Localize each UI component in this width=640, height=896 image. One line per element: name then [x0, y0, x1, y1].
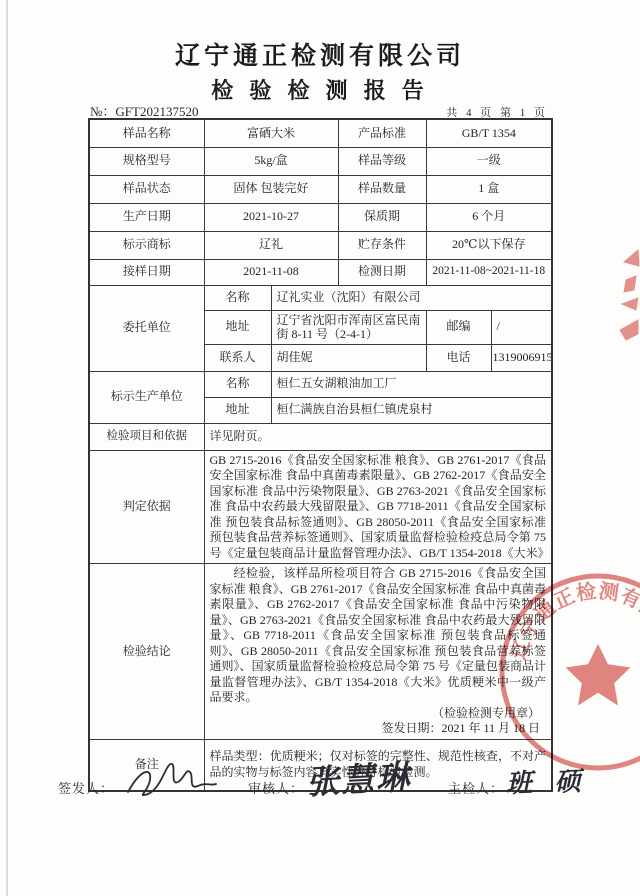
judgment-basis-text: GB 2715-2016《食品安全国家标准 粮食》、GB 2761-2017《食…: [204, 450, 552, 564]
reviewer-label: 审核人：: [248, 778, 304, 797]
field-label: 样品等级: [338, 147, 426, 175]
client-name: 辽礼实业（沈阳）有限公司: [271, 285, 552, 310]
field-value: 2021-10-27: [204, 203, 338, 231]
producer-label: 标示生产单位: [89, 371, 204, 423]
field-value: 一级: [426, 147, 552, 175]
conclusion-cell: 经检验，该样品所检项目符合 GB 2715-2016《食品安全国家标准 粮食》、…: [204, 564, 552, 740]
edge-stamp-fragment: [612, 246, 640, 358]
producer-name: 桓仁五女湖粮油加工厂: [271, 371, 552, 397]
reviewer-signature: 张慧琳: [305, 751, 412, 803]
client-address-label: 地址: [204, 310, 271, 344]
signature-row: 签发人： 审核人： 张慧琳 主检人： 班 硕: [0, 752, 640, 822]
field-value: 1 盒: [426, 175, 552, 203]
conclusion-label: 检验结论: [89, 564, 204, 740]
field-value: GB/T 1354: [426, 119, 552, 147]
table-row: 规格型号 5kg/盒 样品等级 一级: [89, 147, 552, 175]
judgment-basis-row: 判定依据 GB 2715-2016《食品安全国家标准 粮食》、GB 2761-2…: [89, 450, 552, 564]
field-value: 6 个月: [426, 203, 552, 231]
field-value: 2021-11-08~2021-11-18: [426, 259, 552, 285]
client-label: 委托单位: [89, 285, 204, 371]
conclusion-text: 经检验，该样品所检项目符合 GB 2715-2016《食品安全国家标准 粮食》、…: [210, 566, 547, 706]
postcode-value: /: [491, 310, 552, 344]
field-value: 固体 包装完好: [204, 175, 338, 203]
table-row: 生产日期 2021-10-27 保质期 6 个月: [89, 203, 552, 231]
field-label: 样品状态: [89, 175, 204, 203]
client-name-label: 名称: [204, 285, 271, 310]
contact-label: 联系人: [204, 344, 271, 371]
issue-date: 签发日期：2021 年 11 月 18 日: [210, 721, 547, 737]
seal-note: （检验检测专用章）: [210, 706, 547, 722]
inspector-label: 主检人：: [448, 778, 504, 797]
field-label: 生产日期: [89, 203, 204, 231]
field-label: 接样日期: [89, 259, 204, 285]
field-value: 20℃以下保存: [426, 231, 552, 259]
field-label: 保质期: [338, 203, 426, 231]
report-number-label: №：: [90, 104, 115, 119]
client-address: 辽宁省沈阳市浑南区富民南街 8-11 号（2-4-1）: [271, 310, 426, 344]
field-label: 样品名称: [89, 119, 204, 147]
report-number-value: GFT202137520: [115, 104, 198, 119]
producer-name-row: 标示生产单位 名称 桓仁五女湖粮油加工厂: [89, 371, 552, 397]
producer-address: 桓仁满族自治县桓仁镇虎泉村: [271, 397, 552, 423]
field-value: 5kg/盒: [204, 147, 338, 175]
client-name-row: 委托单位 名称 辽礼实业（沈阳）有限公司: [89, 285, 552, 310]
field-value: 富硒大米: [204, 119, 338, 147]
judgment-basis-label: 判定依据: [89, 450, 204, 564]
report-table: 样品名称 富硒大米 产品标准 GB/T 1354 规格型号 5kg/盒 样品等级…: [88, 118, 553, 792]
table-row: 样品名称 富硒大米 产品标准 GB/T 1354: [89, 119, 552, 147]
company-title: 辽宁通正检测有限公司: [0, 36, 640, 72]
field-label: 贮存条件: [338, 231, 426, 259]
field-label: 检测日期: [338, 259, 426, 285]
seal-star-icon: [566, 644, 631, 706]
table-row: 接样日期 2021-11-08 检测日期 2021-11-08~2021-11-…: [89, 259, 552, 285]
producer-name-label: 名称: [204, 371, 271, 397]
report-page: 辽宁通正检测有限公司 检 验 检 测 报 告 №：GFT202137520 共 …: [0, 0, 640, 896]
issuer-label: 签发人：: [58, 778, 114, 797]
field-value: 2021-11-08: [204, 259, 338, 285]
inspector-signature: 班 硕: [505, 761, 589, 801]
field-label: 样品数量: [338, 175, 426, 203]
contact-name: 胡佳妮: [271, 344, 426, 371]
items-value: 详见附页。: [204, 423, 552, 450]
phone-value: 13190069155: [491, 344, 552, 371]
producer-address-label: 地址: [204, 397, 271, 423]
field-value: 辽礼: [204, 231, 338, 259]
field-label: 标示商标: [89, 231, 204, 259]
table-row: 标示商标 辽礼 贮存条件 20℃以下保存: [89, 231, 552, 259]
postcode-label: 邮编: [426, 310, 491, 344]
conclusion-row: 检验结论 经检验，该样品所检项目符合 GB 2715-2016《食品安全国家标准…: [89, 564, 552, 740]
issuer-signature-scribble: [122, 752, 222, 804]
field-label: 产品标准: [338, 119, 426, 147]
phone-label: 电话: [426, 344, 491, 371]
field-label: 规格型号: [89, 147, 204, 175]
table-row: 样品状态 固体 包装完好 样品数量 1 盒: [89, 175, 552, 203]
items-row: 检验项目和依据 详见附页。: [89, 423, 552, 450]
items-label: 检验项目和依据: [89, 423, 204, 450]
